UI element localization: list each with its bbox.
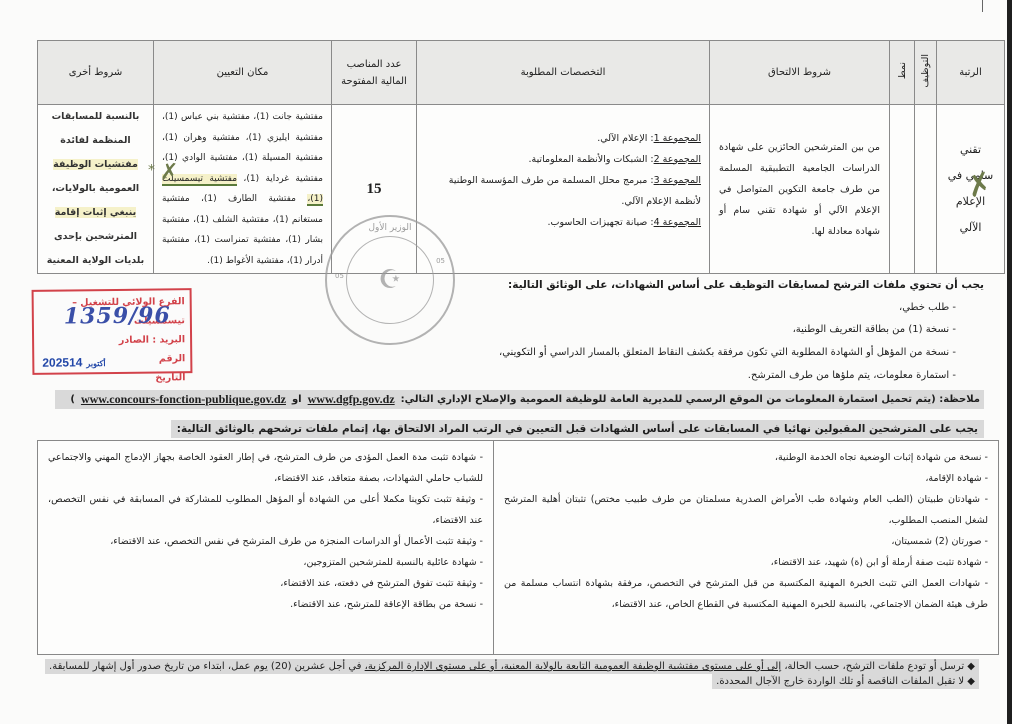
- handwritten-x-icon: ✗: [160, 160, 178, 185]
- seal-emblem: ☪: [346, 236, 434, 324]
- official-seal: الوزير الأول 05 05 ☪: [325, 215, 455, 345]
- list-item: - استمارة معلومات، يتم ملؤها من طرف المت…: [748, 370, 956, 381]
- submission-notes: ◆ ترسل أو تودع ملفات الترشح، حسب الحالة،…: [45, 661, 979, 691]
- header-place: مكان التعيين: [154, 41, 332, 105]
- list-item: - نسخة (1) من بطاقة التعريف الوطنية،: [793, 324, 956, 335]
- list-item: - وثيقة تثبت الأعمال أو الدراسات المنجزة…: [48, 531, 483, 552]
- header-recruitment: التوظيف: [915, 41, 937, 105]
- final-docs-table: - نسخة من شهادة إثبات الوضعية تجاه الخدم…: [37, 440, 999, 655]
- cell-recruitment: [915, 105, 937, 274]
- list-item: - وثيقة تثبت تكوينا مكملا أعلى من الشهاد…: [48, 489, 483, 531]
- list-item: - شهادة تثبت مدة العمل المؤدى من طرف الم…: [48, 447, 483, 489]
- header-positions: عدد المناصب المالية المفتوحة: [332, 41, 417, 105]
- final-docs-left-column: - شهادة تثبت مدة العمل المؤدى من طرف الم…: [38, 441, 493, 654]
- specialty-item: المجموعة 1: الإعلام الآلي.: [425, 128, 701, 149]
- cell-other-conditions: بالنسبة للمسابقات المنظمة لفائدة مفتشيات…: [38, 105, 154, 274]
- cell-place: مفتشية جانت (1)، مفتشية بني عباس (1)، مف…: [154, 105, 332, 274]
- header-rank: الرتبة: [937, 41, 1005, 105]
- crescent-star-icon: ☪: [378, 265, 401, 295]
- list-item: - شهادة الإقامة،: [504, 468, 988, 489]
- list-item: - نسخة من المؤهل أو الشهادة المطلوبة الت…: [499, 347, 956, 358]
- diamond-bullet-icon: ◆: [964, 661, 975, 672]
- scan-margin: [1012, 0, 1024, 724]
- cell-specialties: المجموعة 1: الإعلام الآلي. المجموعة 2: ا…: [417, 105, 710, 274]
- list-item: - صورتان (2) شمسيتان،: [504, 531, 988, 552]
- final-docs-title: يجب على المترشحين المقبولين نهائيا في ال…: [171, 420, 984, 438]
- specialty-item: المجموعة 3: مبرمج محلل المسلمة من طرف ال…: [425, 170, 701, 212]
- specialty-item: المجموعة 2: الشبكات والأنظمة المعلوماتية…: [425, 149, 701, 170]
- registry-stamp: الفرع الولائي للتشغيل – تيسمسيلت البريد …: [32, 288, 193, 375]
- cell-access-conditions: من بين المترشحين الحائزين على شهادة الدر…: [710, 105, 890, 274]
- handwritten-registry-number: 1359/96: [64, 306, 171, 326]
- list-item: - نسخة من بطاقة الإعاقة للمترشح، عند الا…: [48, 594, 483, 615]
- list-item: - شهادة عائلية بالنسبة للمترشحين المتزوج…: [48, 552, 483, 573]
- list-item: - شهادات العمل التي تثبت الخبرة المهنية …: [504, 573, 988, 615]
- list-item: - شهادتان طبيتان (الطب العام وشهادة طب ا…: [504, 489, 988, 531]
- table-header-row: الرتبة التوظيف نمط شروط الالتحاق التخصصا…: [38, 41, 1005, 105]
- final-docs-right-column: - نسخة من شهادة إثبات الوضعية تجاه الخدم…: [493, 441, 998, 654]
- stamp-date: 2025أكتوبر14: [42, 353, 109, 374]
- cell-mode: [890, 105, 915, 274]
- header-mode: نمط: [890, 41, 915, 105]
- list-item: - وثيقة تثبت تفوق المترشح في دفعته، عند …: [48, 573, 483, 594]
- bullet-item: ◆ لا تقبل الملفات الناقصة أو تلك الواردة…: [45, 676, 979, 687]
- note-line: ملاحظة: (يتم تحميل استمارة المعلومات من …: [55, 390, 984, 409]
- scan-tick: [982, 0, 983, 12]
- header-specialties: التخصصات المطلوبة: [417, 41, 710, 105]
- bullet-item: ◆ ترسل أو تودع ملفات الترشح، حسب الحالة،…: [45, 661, 979, 672]
- application-docs-title: يجب أن تحتوي ملفات الترشح لمسابقات التوظ…: [508, 279, 984, 291]
- diamond-bullet-icon: ◆: [964, 676, 975, 687]
- header-access-conditions: شروط الالتحاق: [710, 41, 890, 105]
- table-row: تقني سامي في الإعلام الآلي من بين المترش…: [38, 105, 1005, 274]
- list-item: - نسخة من شهادة إثبات الوضعية تجاه الخدم…: [504, 447, 988, 468]
- header-other-conditions: شروط أخرى: [38, 41, 154, 105]
- list-item: - طلب خطي،: [899, 302, 956, 313]
- handwritten-x-icon: ⁎: [148, 158, 155, 174]
- dgfp-link[interactable]: www.dgfp.gov.dz: [308, 392, 395, 407]
- positions-table: الرتبة التوظيف نمط شروط الالتحاق التخصصا…: [37, 40, 1005, 274]
- concours-link[interactable]: www.concours-fonction-publique.gov.dz: [81, 392, 286, 407]
- list-item: - شهادة تثبت صفة أرملة أو ابن (ة) شهيد، …: [504, 552, 988, 573]
- specialty-item: المجموعة 4: صيانة تجهيزات الحاسوب.: [425, 212, 701, 233]
